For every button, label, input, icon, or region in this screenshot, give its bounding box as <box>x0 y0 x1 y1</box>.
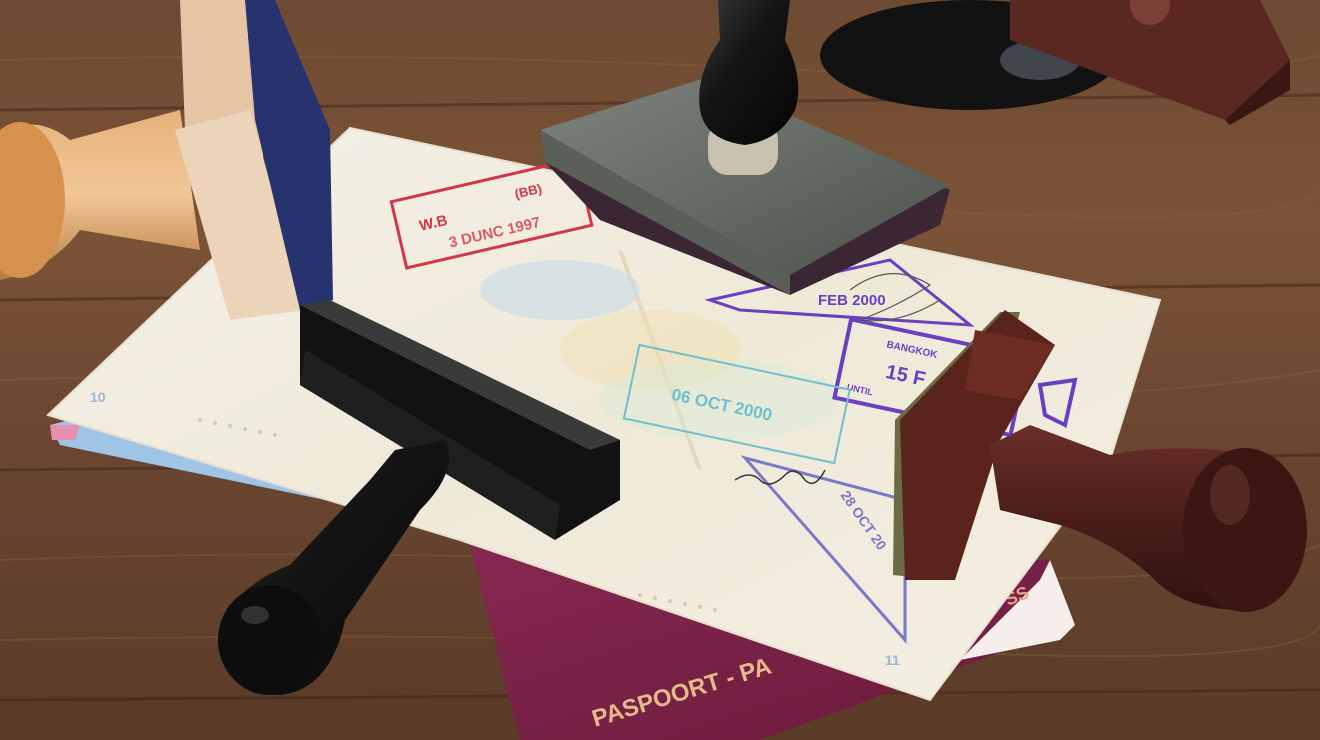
svg-text:FEB 2000: FEB 2000 <box>818 292 886 309</box>
page-number-right: 11 <box>885 652 900 668</box>
page-number-left: 10 <box>90 389 106 405</box>
photo-scene: PASPOORT - PA SS 10 11 W.B (BB) 3 DUNC 1… <box>0 0 1320 740</box>
